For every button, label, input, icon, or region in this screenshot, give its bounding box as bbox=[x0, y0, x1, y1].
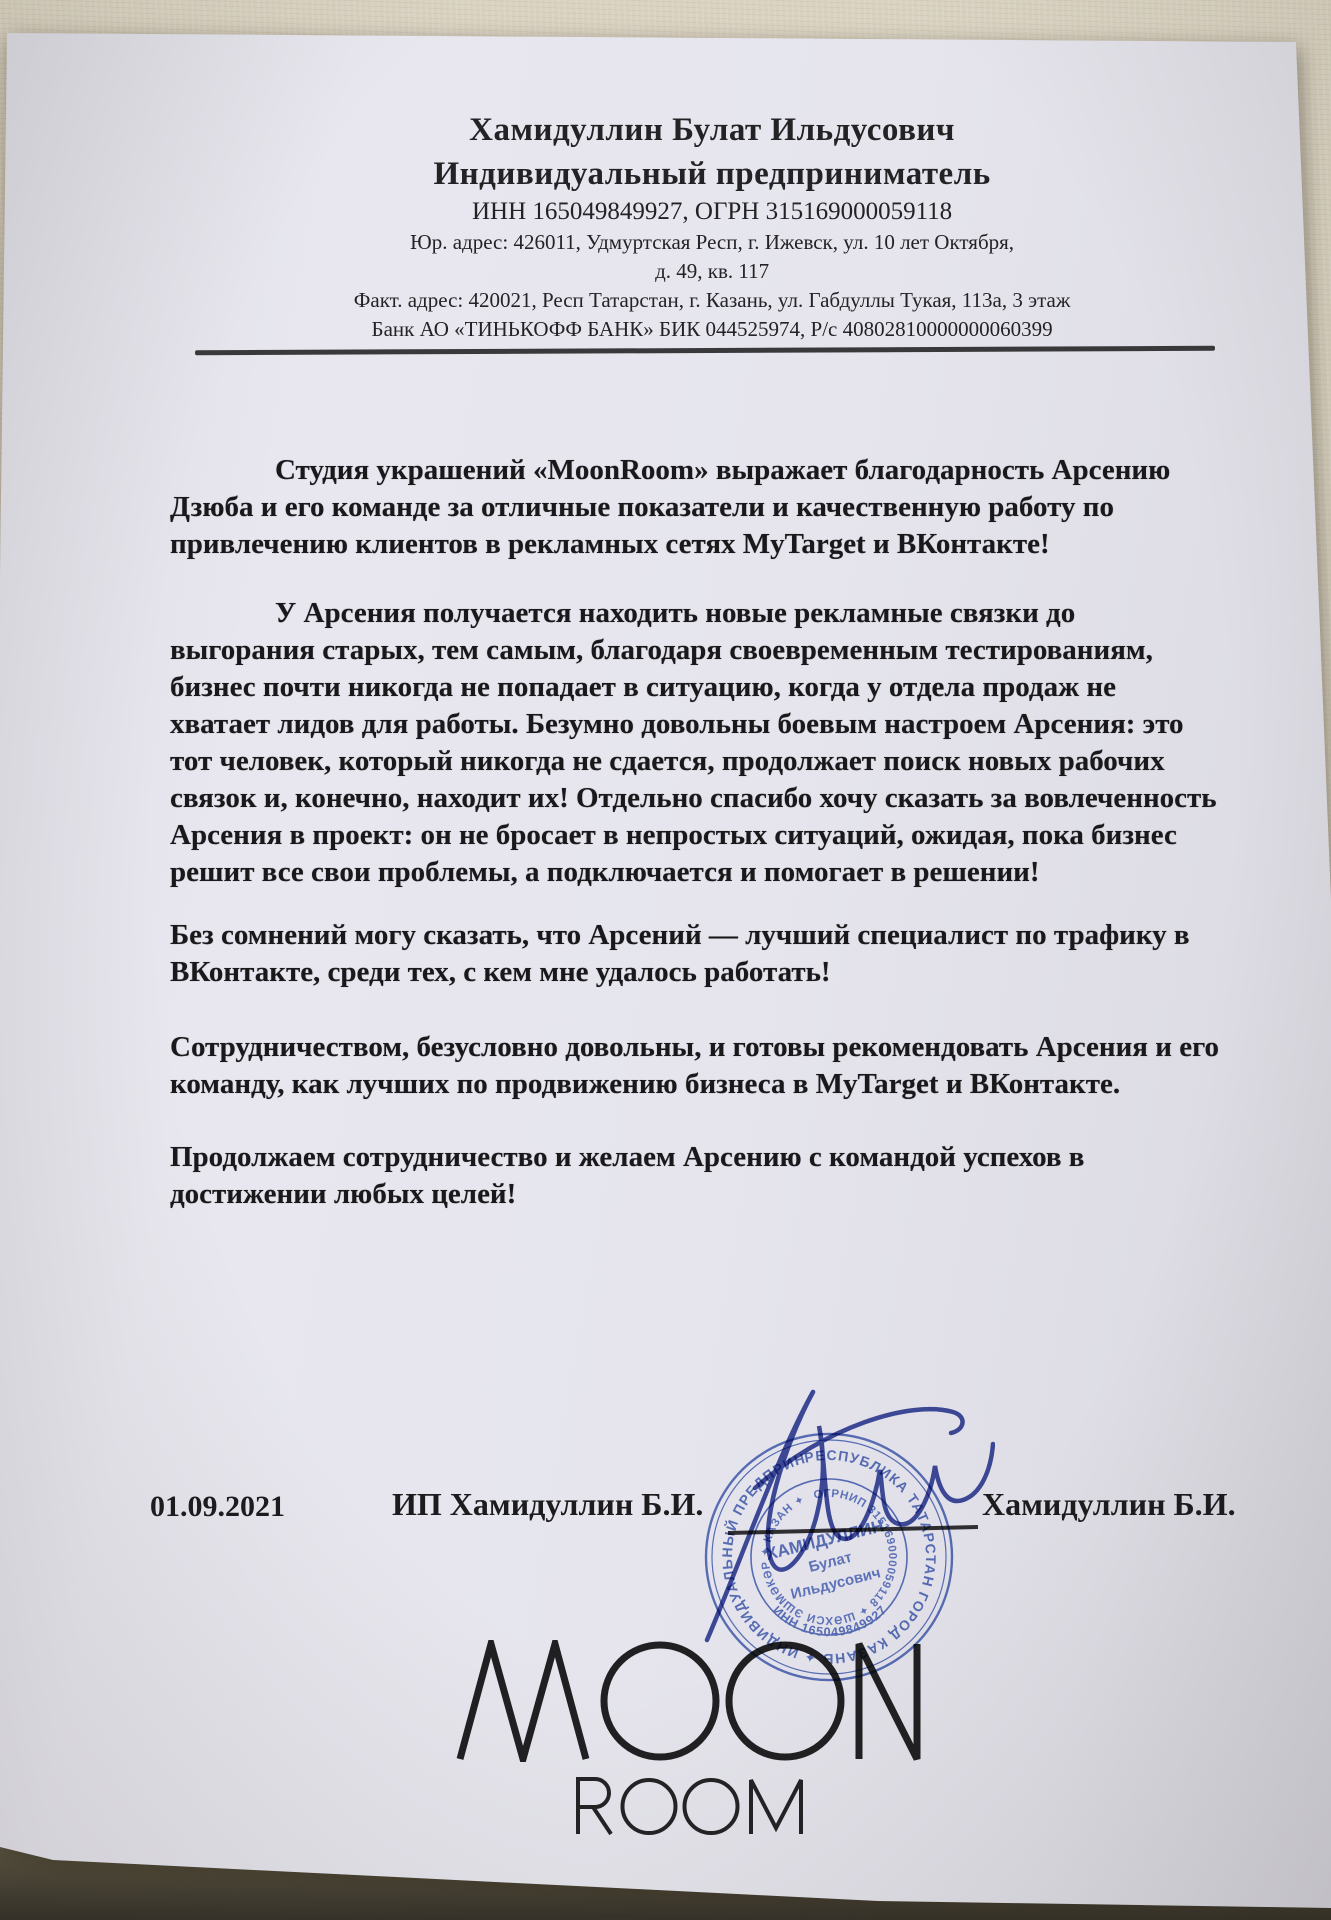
signer-name: Хамидуллин Б.И. bbox=[982, 1486, 1236, 1523]
letterhead-subtitle: Индивидуальный предприниматель bbox=[106, 152, 1317, 196]
paragraph: Без сомнений могу сказать, что Арсений —… bbox=[170, 917, 1220, 991]
letter-date: 01.09.2021 bbox=[150, 1490, 285, 1524]
letterhead-bank-details: Банк АО «ТИНЬКОФФ БАНК» БИК 044525974, Р… bbox=[106, 315, 1317, 344]
photo-background: Хамидуллин Булат Ильдусович Индивидуальн… bbox=[0, 0, 1331, 1920]
letterhead-divider bbox=[195, 346, 1215, 355]
paragraph: Продолжаем сотрудничество и желаем Арсен… bbox=[170, 1139, 1220, 1213]
letterhead-actual-address: Факт. адрес: 420021, Респ Татарстан, г. … bbox=[106, 286, 1317, 315]
letterhead-legal-address-2: д. 49, кв. 117 bbox=[106, 257, 1317, 286]
letterhead-inn-ogrn: ИНН 165049849927, ОГРН 315169000059118 bbox=[106, 196, 1317, 228]
letterhead-legal-address-1: Юр. адрес: 426011, Удмуртская Респ, г. И… bbox=[106, 228, 1317, 257]
letter-body: Студия украшений «MoonRoom» выражает бла… bbox=[170, 452, 1220, 1213]
handwritten-signature bbox=[655, 1378, 995, 1658]
logo-letter-o1 bbox=[623, 1780, 676, 1833]
paper-shadow-wrap: Хамидуллин Булат Ильдусович Индивидуальн… bbox=[0, 0, 1331, 1920]
logo-letter-o2 bbox=[685, 1780, 738, 1833]
letterhead-name: Хамидуллин Булат Ильдусович bbox=[106, 108, 1317, 152]
logo-letter-m bbox=[460, 1644, 586, 1759]
paragraph: Студия украшений «MoonRoom» выражает бла… bbox=[170, 452, 1220, 563]
letter-paper: Хамидуллин Булат Ильдусович Индивидуальн… bbox=[0, 0, 1331, 1920]
paragraph: Сотрудничеством, безусловно довольны, и … bbox=[170, 1029, 1220, 1103]
logo-letter-o1 bbox=[604, 1645, 716, 1757]
paragraph: У Арсения получается находить новые рекл… bbox=[170, 595, 1220, 891]
logo-letter-m bbox=[751, 1780, 801, 1834]
logo-letter-r bbox=[578, 1779, 611, 1834]
letterhead: Хамидуллин Булат Ильдусович Индивидуальн… bbox=[106, 108, 1317, 344]
logo-word-room bbox=[570, 1776, 810, 1836]
